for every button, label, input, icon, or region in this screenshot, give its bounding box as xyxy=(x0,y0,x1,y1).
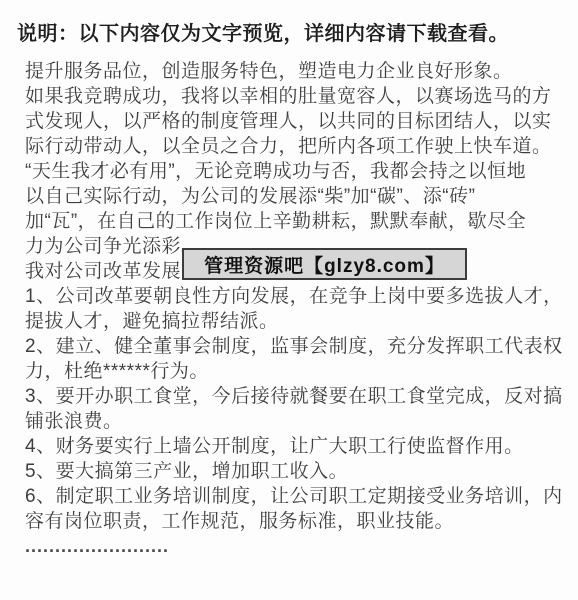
preview-notice-header: 说明：以下内容仅为文字预览，详细内容请下载查看。 xyxy=(17,17,509,46)
text-line-list-item-2: 2、建立、健全董事会制度，监事会制度，充分发挥职工代表权 xyxy=(25,334,565,359)
text-line: 式发现人，以严格的制度管理人，以共同的目标团结人，以实 xyxy=(25,109,565,134)
text-line: 提升服务品位，创造服务特色，塑造电力企业良好形象。 xyxy=(25,59,565,84)
watermark-box: 管理资源吧【glzy8.com】 xyxy=(182,248,467,280)
text-line-list-item-4: 4、财务要实行上墙公开制度，让广大职工行使监督作用。 xyxy=(25,434,565,459)
text-line: “天生我才必有用”，无论竞聘成功与否，我都会持之以恒地 xyxy=(25,159,565,184)
text-line-list-item-6: 6、制定职工业务培训制度，让公司职工定期接受业务培训，内 xyxy=(25,484,565,509)
text-line: 容有岗位职责，工作规范，服务标准，职业技能。 xyxy=(25,509,565,534)
text-line-list-item-1: 1、公司改革要朝良性方向发展，在竞争上岗中要多选拔人才， xyxy=(25,284,565,309)
text-line: 如果我竞聘成功，我将以幸相的肚量宽容人，以赛场选马的方 xyxy=(25,84,565,109)
text-line: 铺张浪费。 xyxy=(25,409,565,434)
text-line-list-item-5: 5、要大搞第三产业，增加职工收入。 xyxy=(25,459,565,484)
text-line: 提拔人才，避免搞拉帮结派。 xyxy=(25,309,565,334)
text-line: 加“瓦”，在自己的工作岗位上辛勤耕耘，默默奉献，歇尽全 xyxy=(25,209,565,234)
watermark-site-label: 管理资源吧【glzy8.com】 xyxy=(204,251,445,278)
ellipsis-line: ........................ xyxy=(25,534,565,559)
text-line: 力，杜绝******行为。 xyxy=(25,359,565,384)
document-preview-page: 说明：以下内容仅为文字预览，详细内容请下载查看。 提升服务品位，创造服务特色，塑… xyxy=(0,0,578,600)
document-preview-text: 提升服务品位，创造服务特色，塑造电力企业良好形象。 如果我竞聘成功，我将以幸相的… xyxy=(25,59,565,559)
text-line: 以自己实际行动，为公司的发展添“柴”加“碳”、添“砖” xyxy=(25,184,565,209)
text-line: 际行动带动人，以全员之合力，把所内各项工作驶上快车道。 xyxy=(25,134,565,159)
text-line-list-item-3: 3、要开办职工食堂，今后接待就餐要在职工食堂完成，反对搞 xyxy=(25,384,565,409)
